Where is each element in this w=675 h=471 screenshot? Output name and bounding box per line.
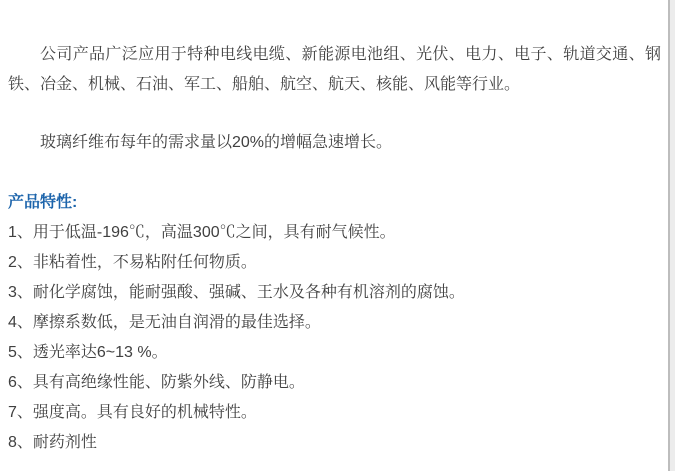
feature-item-5: 5、透光率达6~13 %。 bbox=[8, 338, 661, 368]
document-body: 公司产品广泛应用于特种电线电缆、新能源电池组、光伏、电力、电子、轨道交通、钢铁、… bbox=[0, 0, 667, 471]
industry-applications-paragraph: 公司产品广泛应用于特种电线电缆、新能源电池组、光伏、电力、电子、轨道交通、钢铁、… bbox=[8, 40, 661, 100]
feature-item-4: 4、摩擦系数低，是无油自润滑的最佳选择。 bbox=[8, 308, 661, 338]
product-features-list: 1、用于低温-196℃，高温300℃之间，具有耐气候性。 2、非粘着性，不易粘附… bbox=[8, 218, 661, 458]
feature-item-7: 7、强度高。具有良好的机械特性。 bbox=[8, 398, 661, 428]
feature-item-8: 8、耐药剂性 bbox=[8, 428, 661, 458]
feature-item-1: 1、用于低温-196℃，高温300℃之间，具有耐气候性。 bbox=[8, 218, 661, 248]
demand-growth-paragraph: 玻璃纤维布每年的需求量以20%的增幅急速增长。 bbox=[8, 128, 661, 158]
feature-item-6: 6、具有高绝缘性能、防紫外线、防静电。 bbox=[8, 368, 661, 398]
feature-item-3: 3、耐化学腐蚀，能耐强酸、强碱、王水及各种有机溶剂的腐蚀。 bbox=[8, 278, 661, 308]
scrollbar-track[interactable] bbox=[668, 0, 675, 471]
feature-item-2: 2、非粘着性，不易粘附任何物质。 bbox=[8, 248, 661, 278]
document-content-page: 公司产品广泛应用于特种电线电缆、新能源电池组、光伏、电力、电子、轨道交通、钢铁、… bbox=[0, 0, 675, 471]
product-features-heading: 产品特性: bbox=[8, 188, 661, 218]
